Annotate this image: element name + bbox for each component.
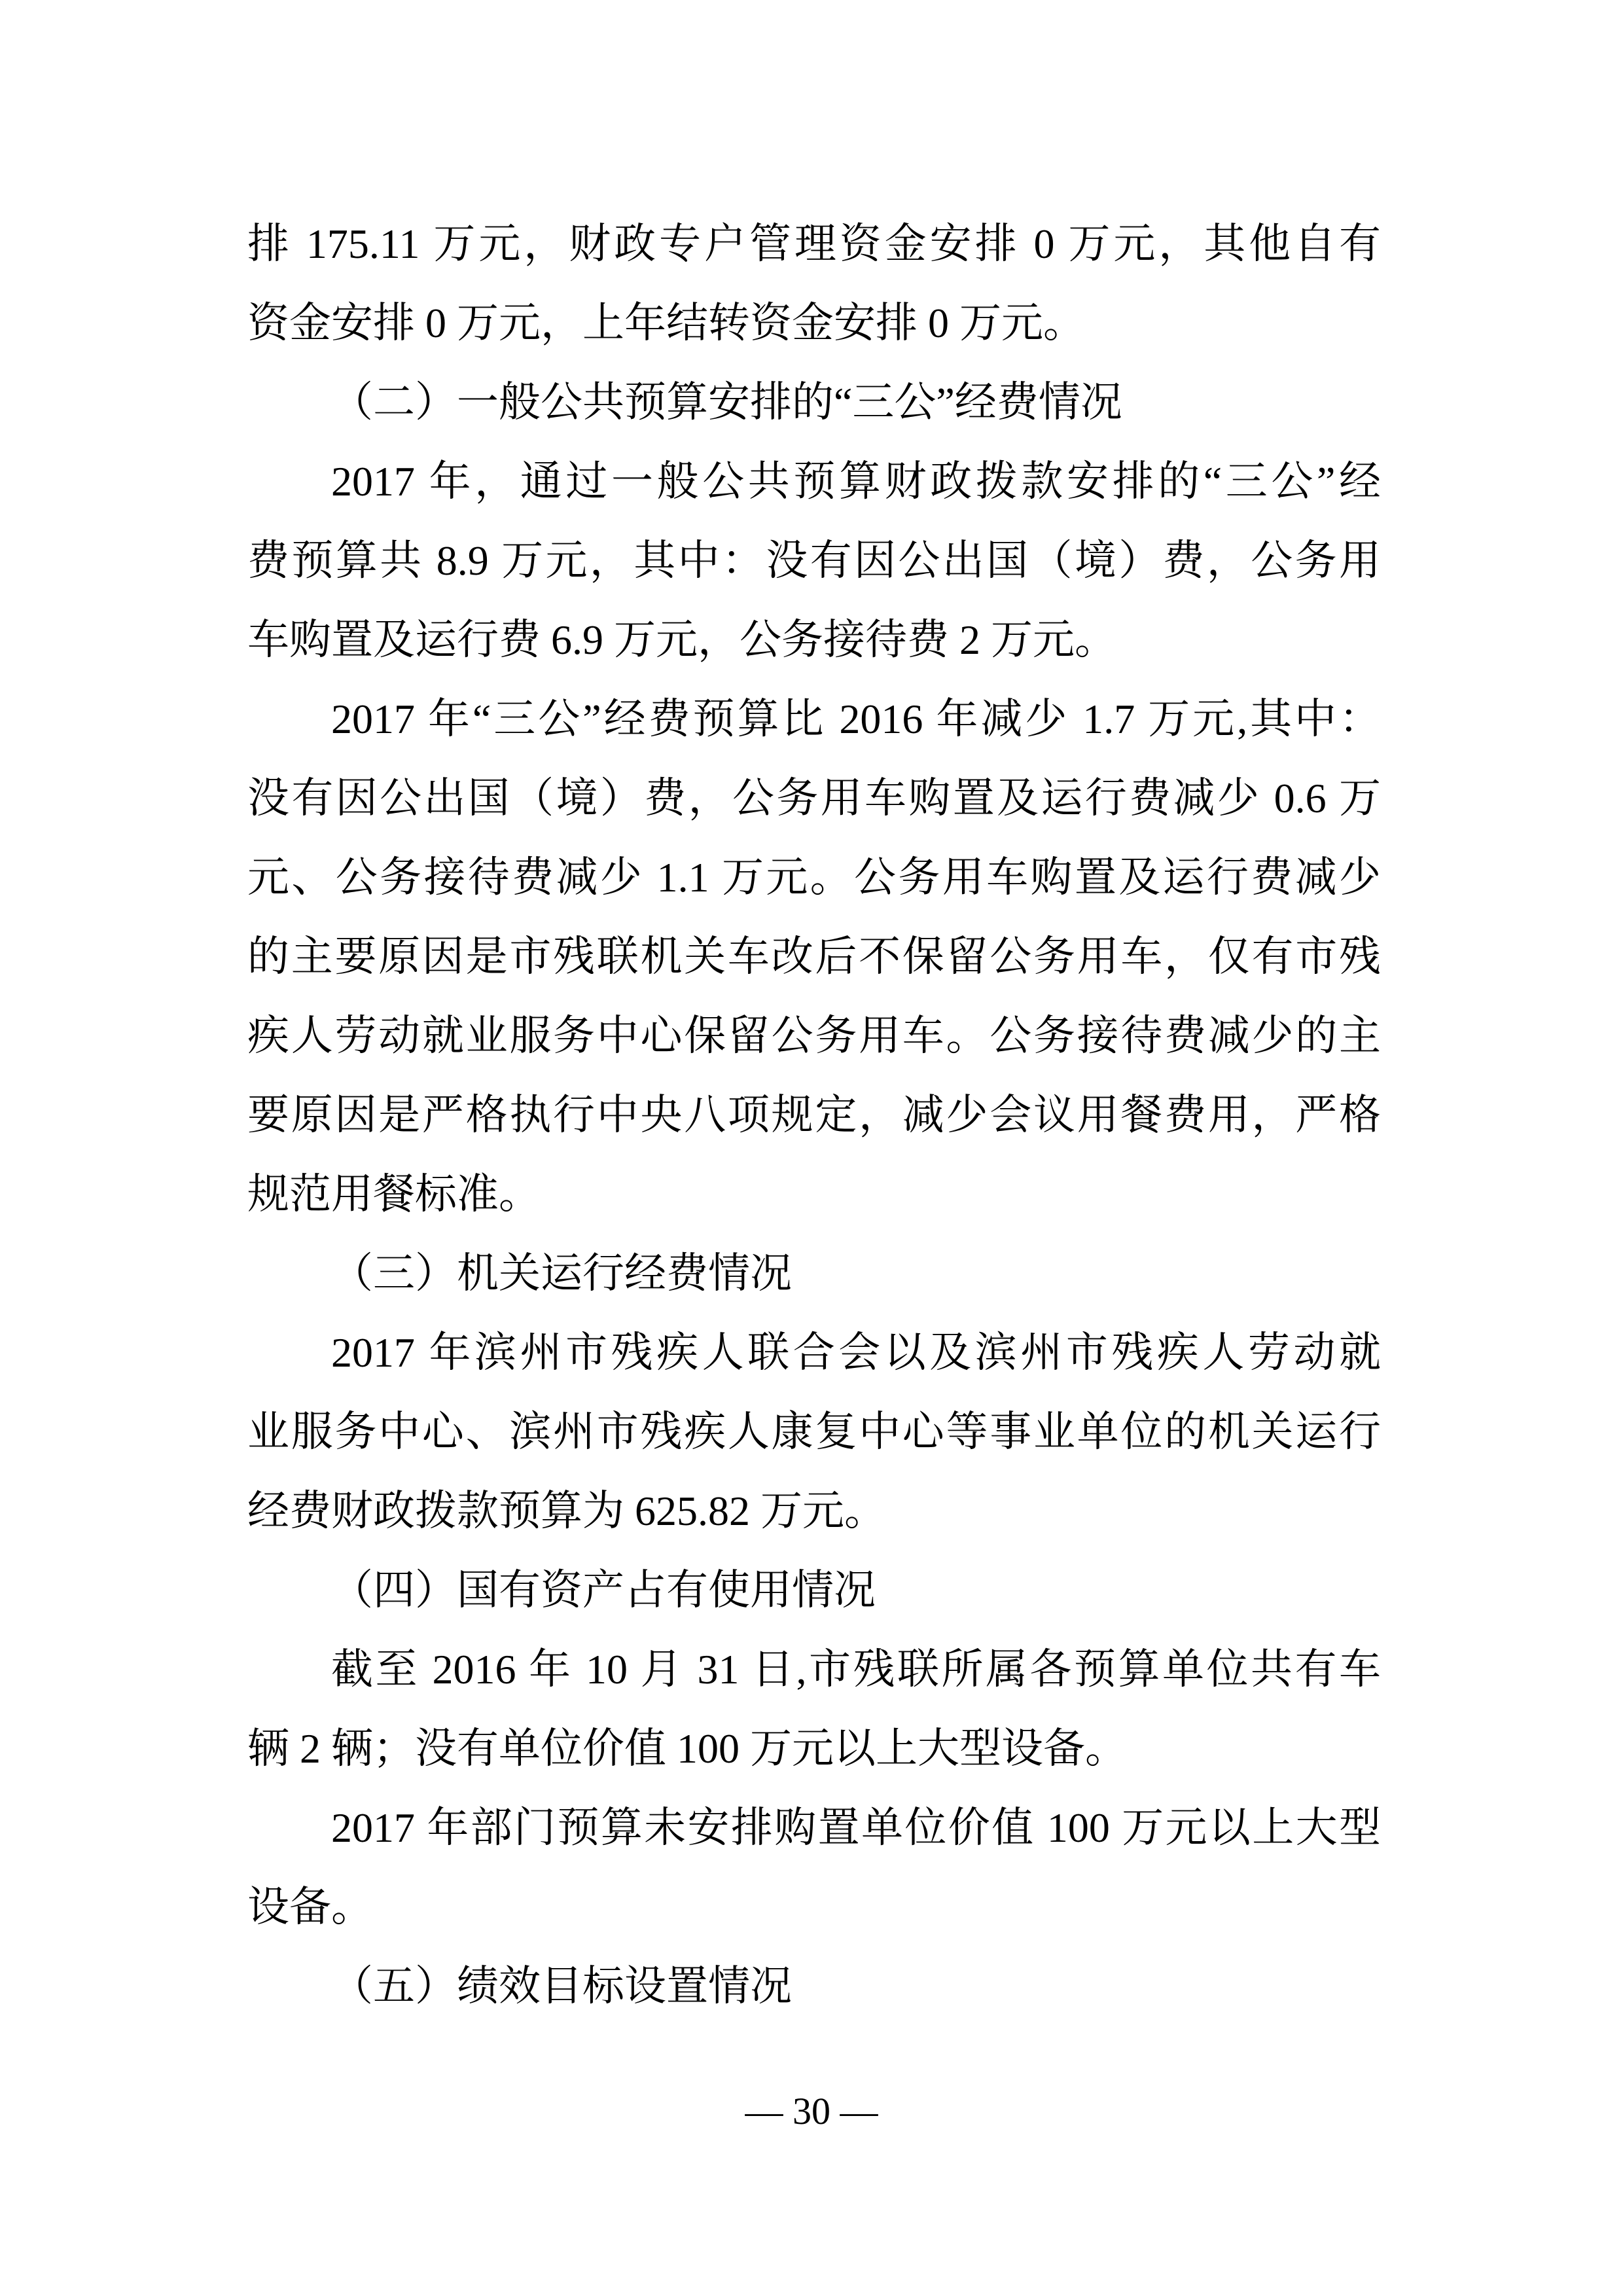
text-line: 规范用餐标准。 (247, 1155, 1381, 1234)
text-line: 2017 年部门预算未安排购置单位价值 100 万元以上大型 (247, 1788, 1381, 1867)
text-line: 的主要原因是市残联机关车改后不保留公务用车，仅有市残 (247, 917, 1381, 996)
text-line: 费预算共 8.9 万元，其中：没有因公出国（境）费，公务用 (247, 521, 1381, 600)
text-line: 截至 2016 年 10 月 31 日,市残联所属各预算单位共有车 (247, 1630, 1381, 1709)
text-column: 排 175.11 万元，财政专户管理资金安排 0 万元，其他自有 资金安排 0 … (247, 204, 1381, 2026)
text-line: 车购置及运行费 6.9 万元，公务接待费 2 万元。 (247, 600, 1381, 679)
text-line: 元、公务接待费减少 1.1 万元。公务用车购置及运行费减少 (247, 838, 1381, 917)
text-line: 2017 年“三公”经费预算比 2016 年减少 1.7 万元,其中： (247, 679, 1381, 759)
text-line: 业服务中心、滨州市残疾人康复中心等事业单位的机关运行 (247, 1392, 1381, 1471)
text-line: 2017 年滨州市残疾人联合会以及滨州市残疾人劳动就 (247, 1313, 1381, 1392)
text-line: 辆 2 辆；没有单位价值 100 万元以上大型设备。 (247, 1709, 1381, 1788)
section-heading: （五）绩效目标设置情况 (247, 1946, 1381, 2026)
text-line: 设备。 (247, 1867, 1381, 1946)
text-line: 2017 年，通过一般公共预算财政拨款安排的“三公”经 (247, 442, 1381, 521)
text-line: 经费财政拨款预算为 625.82 万元。 (247, 1471, 1381, 1551)
text-line: 要原因是严格执行中央八项规定，减少会议用餐费用，严格 (247, 1075, 1381, 1155)
section-heading: （四）国有资产占有使用情况 (247, 1551, 1381, 1630)
text-line: 排 175.11 万元，财政专户管理资金安排 0 万元，其他自有 (247, 204, 1381, 283)
document-page: 排 175.11 万元，财政专户管理资金安排 0 万元，其他自有 资金安排 0 … (0, 0, 1623, 2296)
text-line: 疾人劳动就业服务中心保留公务用车。公务接待费减少的主 (247, 996, 1381, 1075)
page-number: — 30 — (0, 2090, 1623, 2133)
text-line: 没有因公出国（境）费，公务用车购置及运行费减少 0.6 万 (247, 759, 1381, 838)
text-line: 资金安排 0 万元，上年结转资金安排 0 万元。 (247, 283, 1381, 363)
section-heading: （二）一般公共预算安排的“三公”经费情况 (247, 363, 1381, 442)
section-heading: （三）机关运行经费情况 (247, 1234, 1381, 1313)
